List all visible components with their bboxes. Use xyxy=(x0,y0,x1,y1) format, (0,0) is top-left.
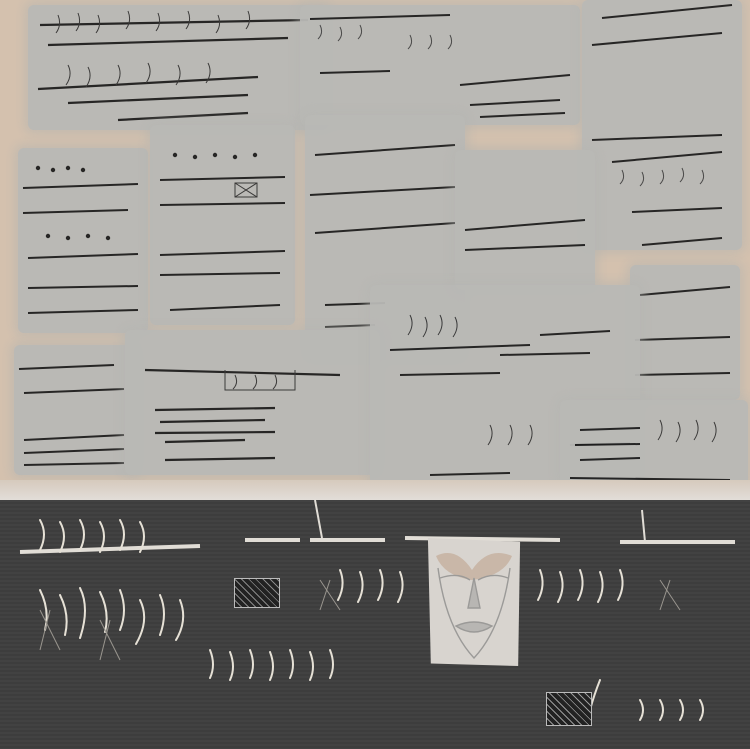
script-marks xyxy=(18,148,148,333)
paper-panel-bottom-center-left xyxy=(125,330,380,475)
paper-panel-top-middle xyxy=(300,5,580,125)
scratched-figures xyxy=(0,500,750,749)
script-marks xyxy=(300,5,580,125)
paper-panel-right-small xyxy=(630,265,740,400)
script-marks xyxy=(150,125,295,325)
paper-panel-mid-left xyxy=(18,148,148,333)
net-patch-right xyxy=(546,692,592,726)
script-marks xyxy=(14,345,139,475)
dark-lower-field xyxy=(0,500,750,749)
mask-features xyxy=(426,538,522,666)
mask-face xyxy=(426,538,522,666)
paper-panel-bottom-right xyxy=(560,400,748,485)
paper-panel-bottom-left xyxy=(14,345,139,475)
script-marks xyxy=(455,150,595,290)
paper-panel-mid-center-right xyxy=(455,150,595,290)
paper-panel-mid-center-left xyxy=(150,125,295,325)
net-patch-left xyxy=(234,578,280,608)
paper-panel-top-right xyxy=(582,0,742,250)
script-marks xyxy=(582,0,742,250)
script-marks xyxy=(630,265,740,400)
paper-panel-top-left xyxy=(28,5,328,130)
painting-canvas xyxy=(0,0,750,749)
script-marks xyxy=(560,400,748,485)
script-marks xyxy=(125,330,380,475)
script-marks xyxy=(28,5,328,130)
